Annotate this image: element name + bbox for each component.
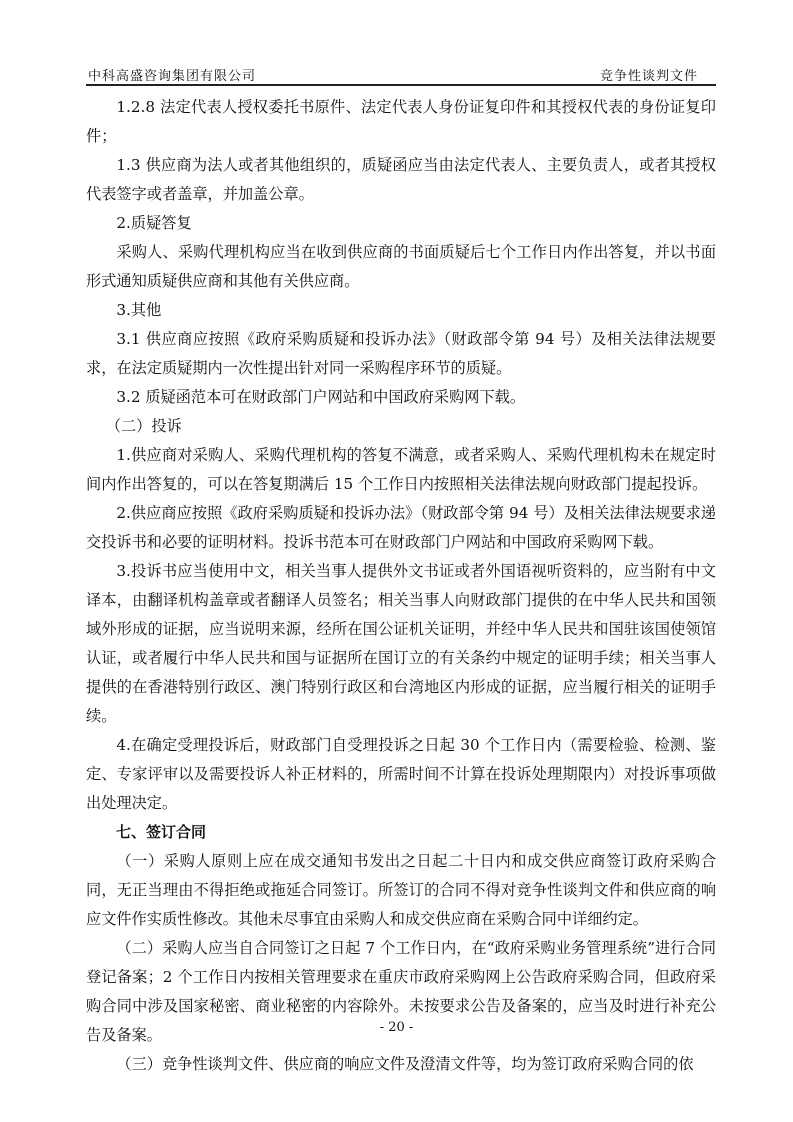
paragraph-complaint-1: 1.供应商对采购人、采购代理机构的答复不满意，或者采购人、采购代理机构未在规定时… — [86, 441, 716, 499]
subsection-title-complaint: （二）投诉 — [86, 412, 716, 441]
paragraph-complaint-3: 3.投诉书应当使用中文，相关当事人提供外文书证或者外国语视听资料的，应当附有中文… — [86, 557, 716, 731]
paragraph-contract-1: （一）采购人原则上应在成交通知书发出之日起二十日内和成交供应商签订政府采购合同，… — [86, 847, 716, 934]
paragraph-1-3: 1.3 供应商为法人或者其他组织的，质疑函应当由法定代表人、主要负责人，或者其授… — [86, 151, 716, 209]
paragraph-3-1: 3.1 供应商应按照《政府采购质疑和投诉办法》（财政部令第 94 号）及相关法律… — [86, 325, 716, 383]
section-heading-sign-contract: 七、签订合同 — [86, 818, 716, 847]
page-header: 中科高盛咨询集团有限公司 竞争性谈判文件 — [86, 62, 716, 86]
page-number: - 20 - — [0, 1020, 793, 1035]
paragraph-contract-3: （三）竞争性谈判文件、供应商的响应文件及澄清文件等，均为签订政府采购合同的依 — [86, 1050, 716, 1079]
document-body: 1.2.8 法定代表人授权委托书原件、法定代表人身份证复印件和其授权代表的身份证… — [86, 93, 716, 1079]
paragraph-query-reply: 采购人、采购代理机构应当在收到供应商的书面质疑后七个工作日内作出答复，并以书面形… — [86, 238, 716, 296]
section-title-query-reply: 2.质疑答复 — [86, 209, 716, 238]
section-title-other: 3.其他 — [86, 296, 716, 325]
paragraph-1-2-8: 1.2.8 法定代表人授权委托书原件、法定代表人身份证复印件和其授权代表的身份证… — [86, 93, 716, 151]
paragraph-3-2: 3.2 质疑函范本可在财政部门户网站和中国政府采购网下载。 — [86, 383, 716, 412]
paragraph-complaint-2: 2.供应商应按照《政府采购质疑和投诉办法》（财政部令第 94 号）及相关法律法规… — [86, 499, 716, 557]
paragraph-complaint-4: 4.在确定受理投诉后，财政部门自受理投诉之日起 30 个工作日内（需要检验、检测… — [86, 731, 716, 818]
header-document-title: 竞争性谈判文件 — [600, 65, 698, 84]
header-company-name: 中科高盛咨询集团有限公司 — [88, 65, 256, 84]
